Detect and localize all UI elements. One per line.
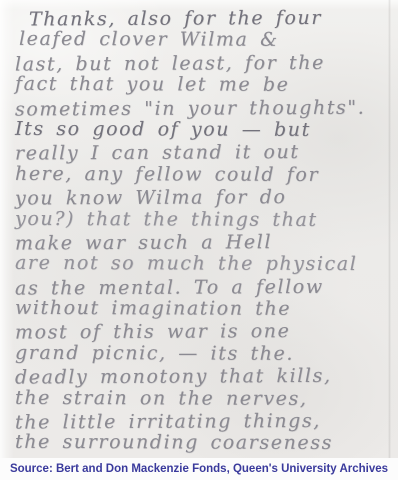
handwriting-line: without imagination the	[15, 297, 394, 321]
handwriting-line: Its so good of you — but	[15, 118, 394, 142]
handwriting-line: the strain on the nerves,	[15, 386, 394, 410]
handwriting-line: you know Wilma for do	[15, 186, 394, 210]
handwriting-line: here, any fellow could for	[15, 163, 394, 187]
source-caption-bar: Source: Bert and Don Mackenzie Fonds, Qu…	[0, 458, 398, 480]
handwriting-line: deadly monotony that kills,	[15, 365, 394, 389]
handwriting-line: as the mental. To a fellow	[15, 275, 394, 299]
letter-scan: Thanks, also for the four leafed clover …	[0, 0, 398, 458]
handwriting-line: really I can stand it out	[15, 141, 394, 165]
handwriting-line: the surrounding coarseness	[15, 431, 394, 455]
handwriting-line: you?) that the things that	[15, 207, 394, 231]
handwriting-line: are not so much the physical	[15, 252, 394, 276]
handwriting-line: most of this war is one	[15, 320, 394, 344]
handwriting-line: leafed clover Wilma &	[15, 28, 394, 52]
handwriting-line: grand picnic, — its the.	[15, 342, 394, 366]
handwriting-line: last, but not least, for the	[15, 51, 394, 75]
handwriting-block: Thanks, also for the four leafed clover …	[15, 7, 394, 455]
source-caption-text: Source: Bert and Don Mackenzie Fonds, Qu…	[10, 463, 388, 475]
handwriting-line: sometimes "in your thoughts".	[15, 96, 394, 120]
letter-page: Thanks, also for the four leafed clover …	[0, 0, 398, 480]
handwriting-line: fact that you let me be	[15, 73, 394, 97]
